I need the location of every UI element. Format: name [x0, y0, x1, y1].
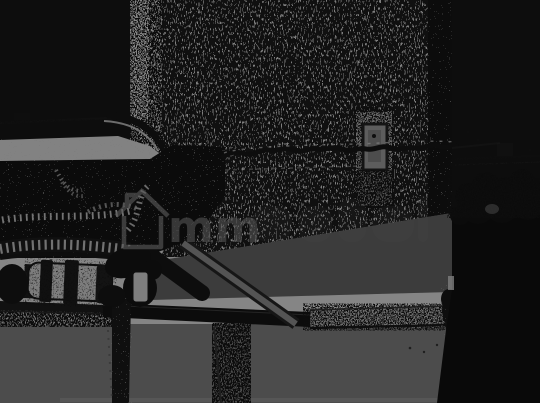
film-grain-overlay [0, 0, 540, 403]
photo-canvas: mm [0, 0, 540, 403]
photo: mm [0, 0, 540, 403]
